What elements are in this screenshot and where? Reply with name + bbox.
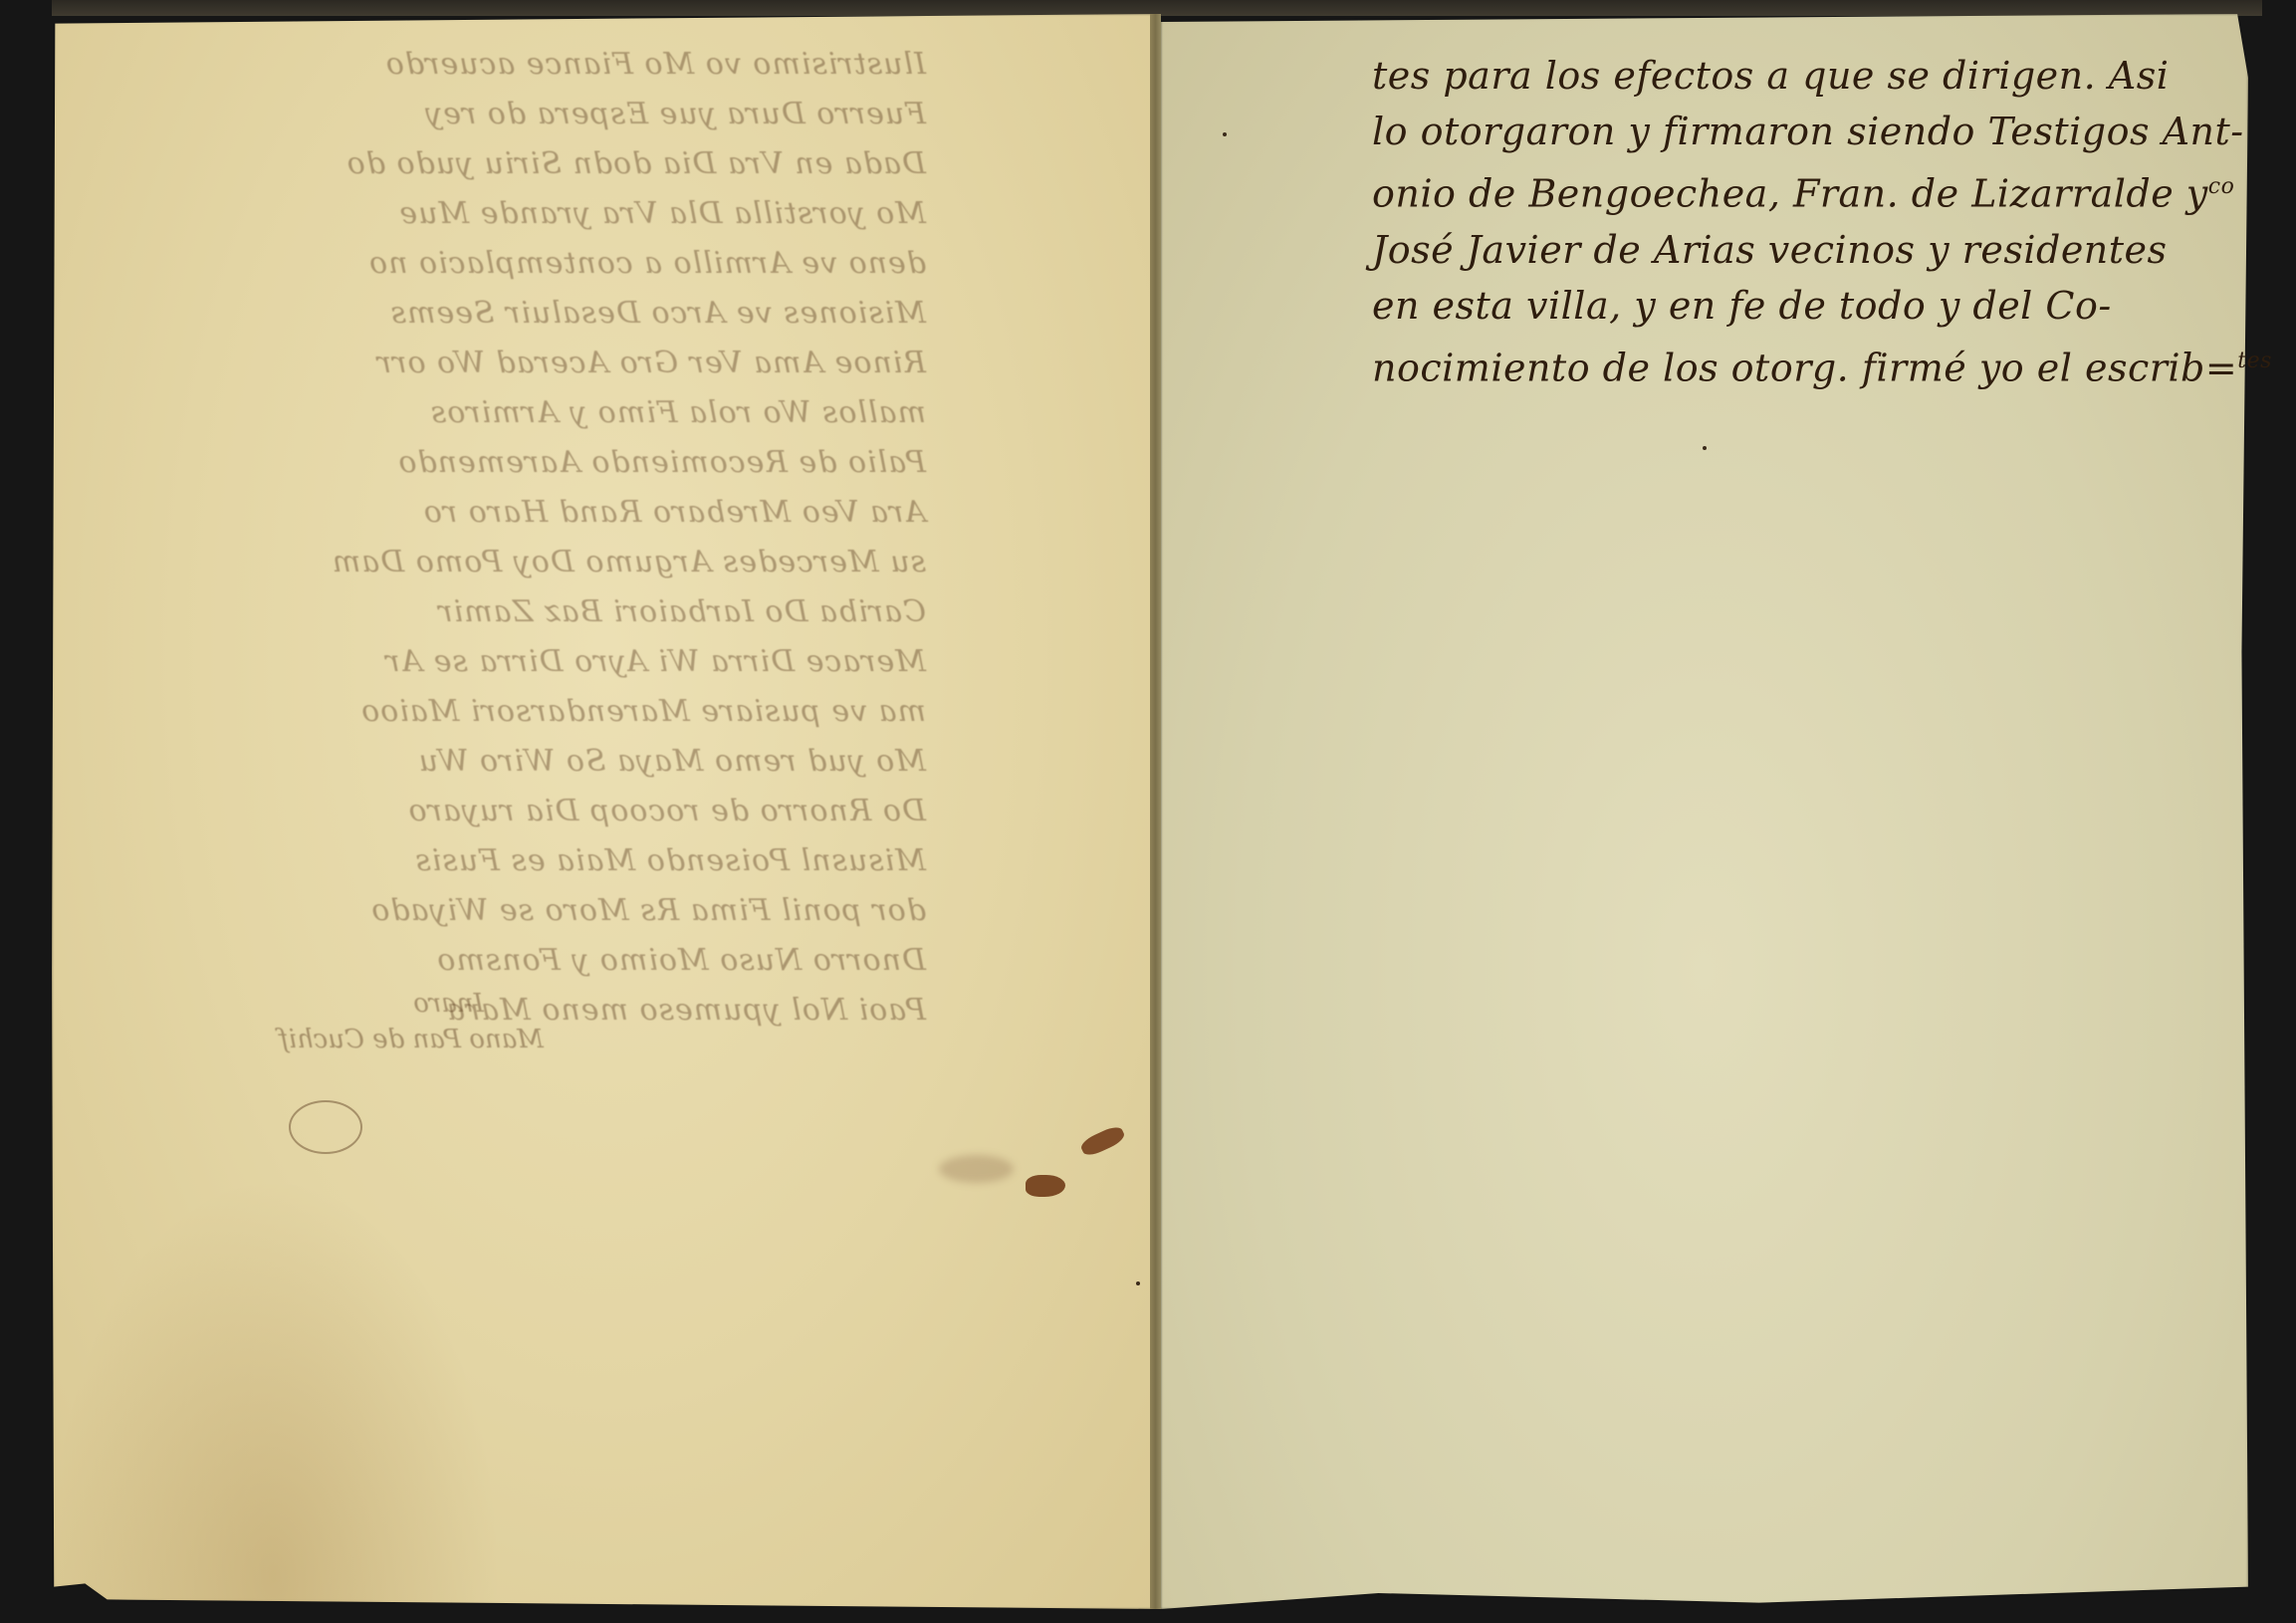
text-line: tes para los efectos a que se dirigen. A… xyxy=(1372,48,2228,104)
bleed-line: deno ve Armillo a contemplacio no xyxy=(129,239,926,289)
superscript-abbrev: co xyxy=(2208,174,2235,199)
bleed-line: Cariba Do Iarbaiori Baz Zamir xyxy=(129,587,926,637)
manuscript-scan: Ilustrisimo vo Mo Fiance acuerdo Fuerro … xyxy=(0,0,2296,1623)
bleed-line: Palio de Recomiendo Aaremendo xyxy=(129,438,926,488)
bleed-line: ma ve pusiare Marendarsori Maioo xyxy=(129,687,926,737)
bleed-through-text: Ilustrisimo vo Mo Fiance acuerdo Fuerro … xyxy=(129,40,926,1036)
text-line: José Javier de Arias vecinos y residente… xyxy=(1372,222,2228,278)
ink-speck xyxy=(1703,446,1707,450)
bleed-line: Misiones ve Arco Desaluir Seems xyxy=(129,289,926,339)
bleed-line: mallos Wo rola Fimo y Armiros xyxy=(129,388,926,438)
line-text: nocimiento de los otorg. firmé yo el esc… xyxy=(1372,346,2237,389)
text-line: onio de Bengoechea, Fran. de Lizarralde … xyxy=(1372,159,2228,222)
text-line: nocimiento de los otorg. firmé yo el esc… xyxy=(1372,334,2228,396)
handwritten-text: tes para los efectos a que se dirigen. A… xyxy=(1372,48,2228,395)
ink-speck xyxy=(1136,1281,1140,1285)
bleed-signature: Inaro Mano Pan de Cuchif xyxy=(279,986,544,1057)
signature-line: Inaro xyxy=(279,986,544,1022)
bleed-line: Misusnl Poisendo Maia es Fusis xyxy=(129,836,926,886)
bleed-line: Dnorro Nuso Moimo y Fonsmo xyxy=(129,936,926,986)
line-text: onio de Bengoechea, Fran. de Lizarralde … xyxy=(1372,172,2208,216)
ink-speck xyxy=(1223,132,1227,136)
rubric-flourish-icon xyxy=(289,1100,362,1154)
bleed-line: Do Rnorro de rocoop Dia ruyaro xyxy=(129,787,926,836)
line-text: lo otorgaron y firmaron siendo Testigos … xyxy=(1372,110,2244,153)
bleed-line: Ilustrisimo vo Mo Fiance acuerdo xyxy=(129,40,926,90)
text-line: lo otorgaron y firmaron siendo Testigos … xyxy=(1372,104,2228,159)
line-text: tes para los efectos a que se dirigen. A… xyxy=(1372,54,2169,98)
binding-gutter xyxy=(1150,14,1161,1609)
signature-line: Mano Pan de Cuchif xyxy=(279,1022,544,1057)
faint-smudge xyxy=(939,1155,1014,1183)
bleed-line: Ara Veo Mrebaro Rand Haro ro xyxy=(129,488,926,538)
bleed-line: Mo yud remo Maya So Wiro Wu xyxy=(129,737,926,787)
bleed-line: Mo yorstilla Dla Vra yrande Mue xyxy=(129,189,926,239)
line-text: José Javier de Arias vecinos y residente… xyxy=(1372,228,2168,272)
text-line: en esta villa, y en fe de todo y del Co- xyxy=(1372,278,2228,334)
bleed-line: Rinoe Ama Ver Gro Acerad Wo orr xyxy=(129,339,926,388)
bleed-line: Merace Dirra Wi Ayro Dirra se Ar xyxy=(129,637,926,687)
line-text: en esta villa, y en fe de todo y del Co- xyxy=(1372,284,2112,328)
bleed-line: su Mercedes Argumo Doy Pomo Dam xyxy=(129,538,926,587)
bleed-line: dor ponil Fima Rs Moro se Wiyado xyxy=(129,886,926,936)
bleed-line: Fuerro Dura yue Espera do rey xyxy=(129,90,926,139)
bleed-line: Dada en Vra Dia dodn Siriu yudo do xyxy=(129,139,926,189)
superscript-abbrev: tes xyxy=(2237,348,2272,373)
